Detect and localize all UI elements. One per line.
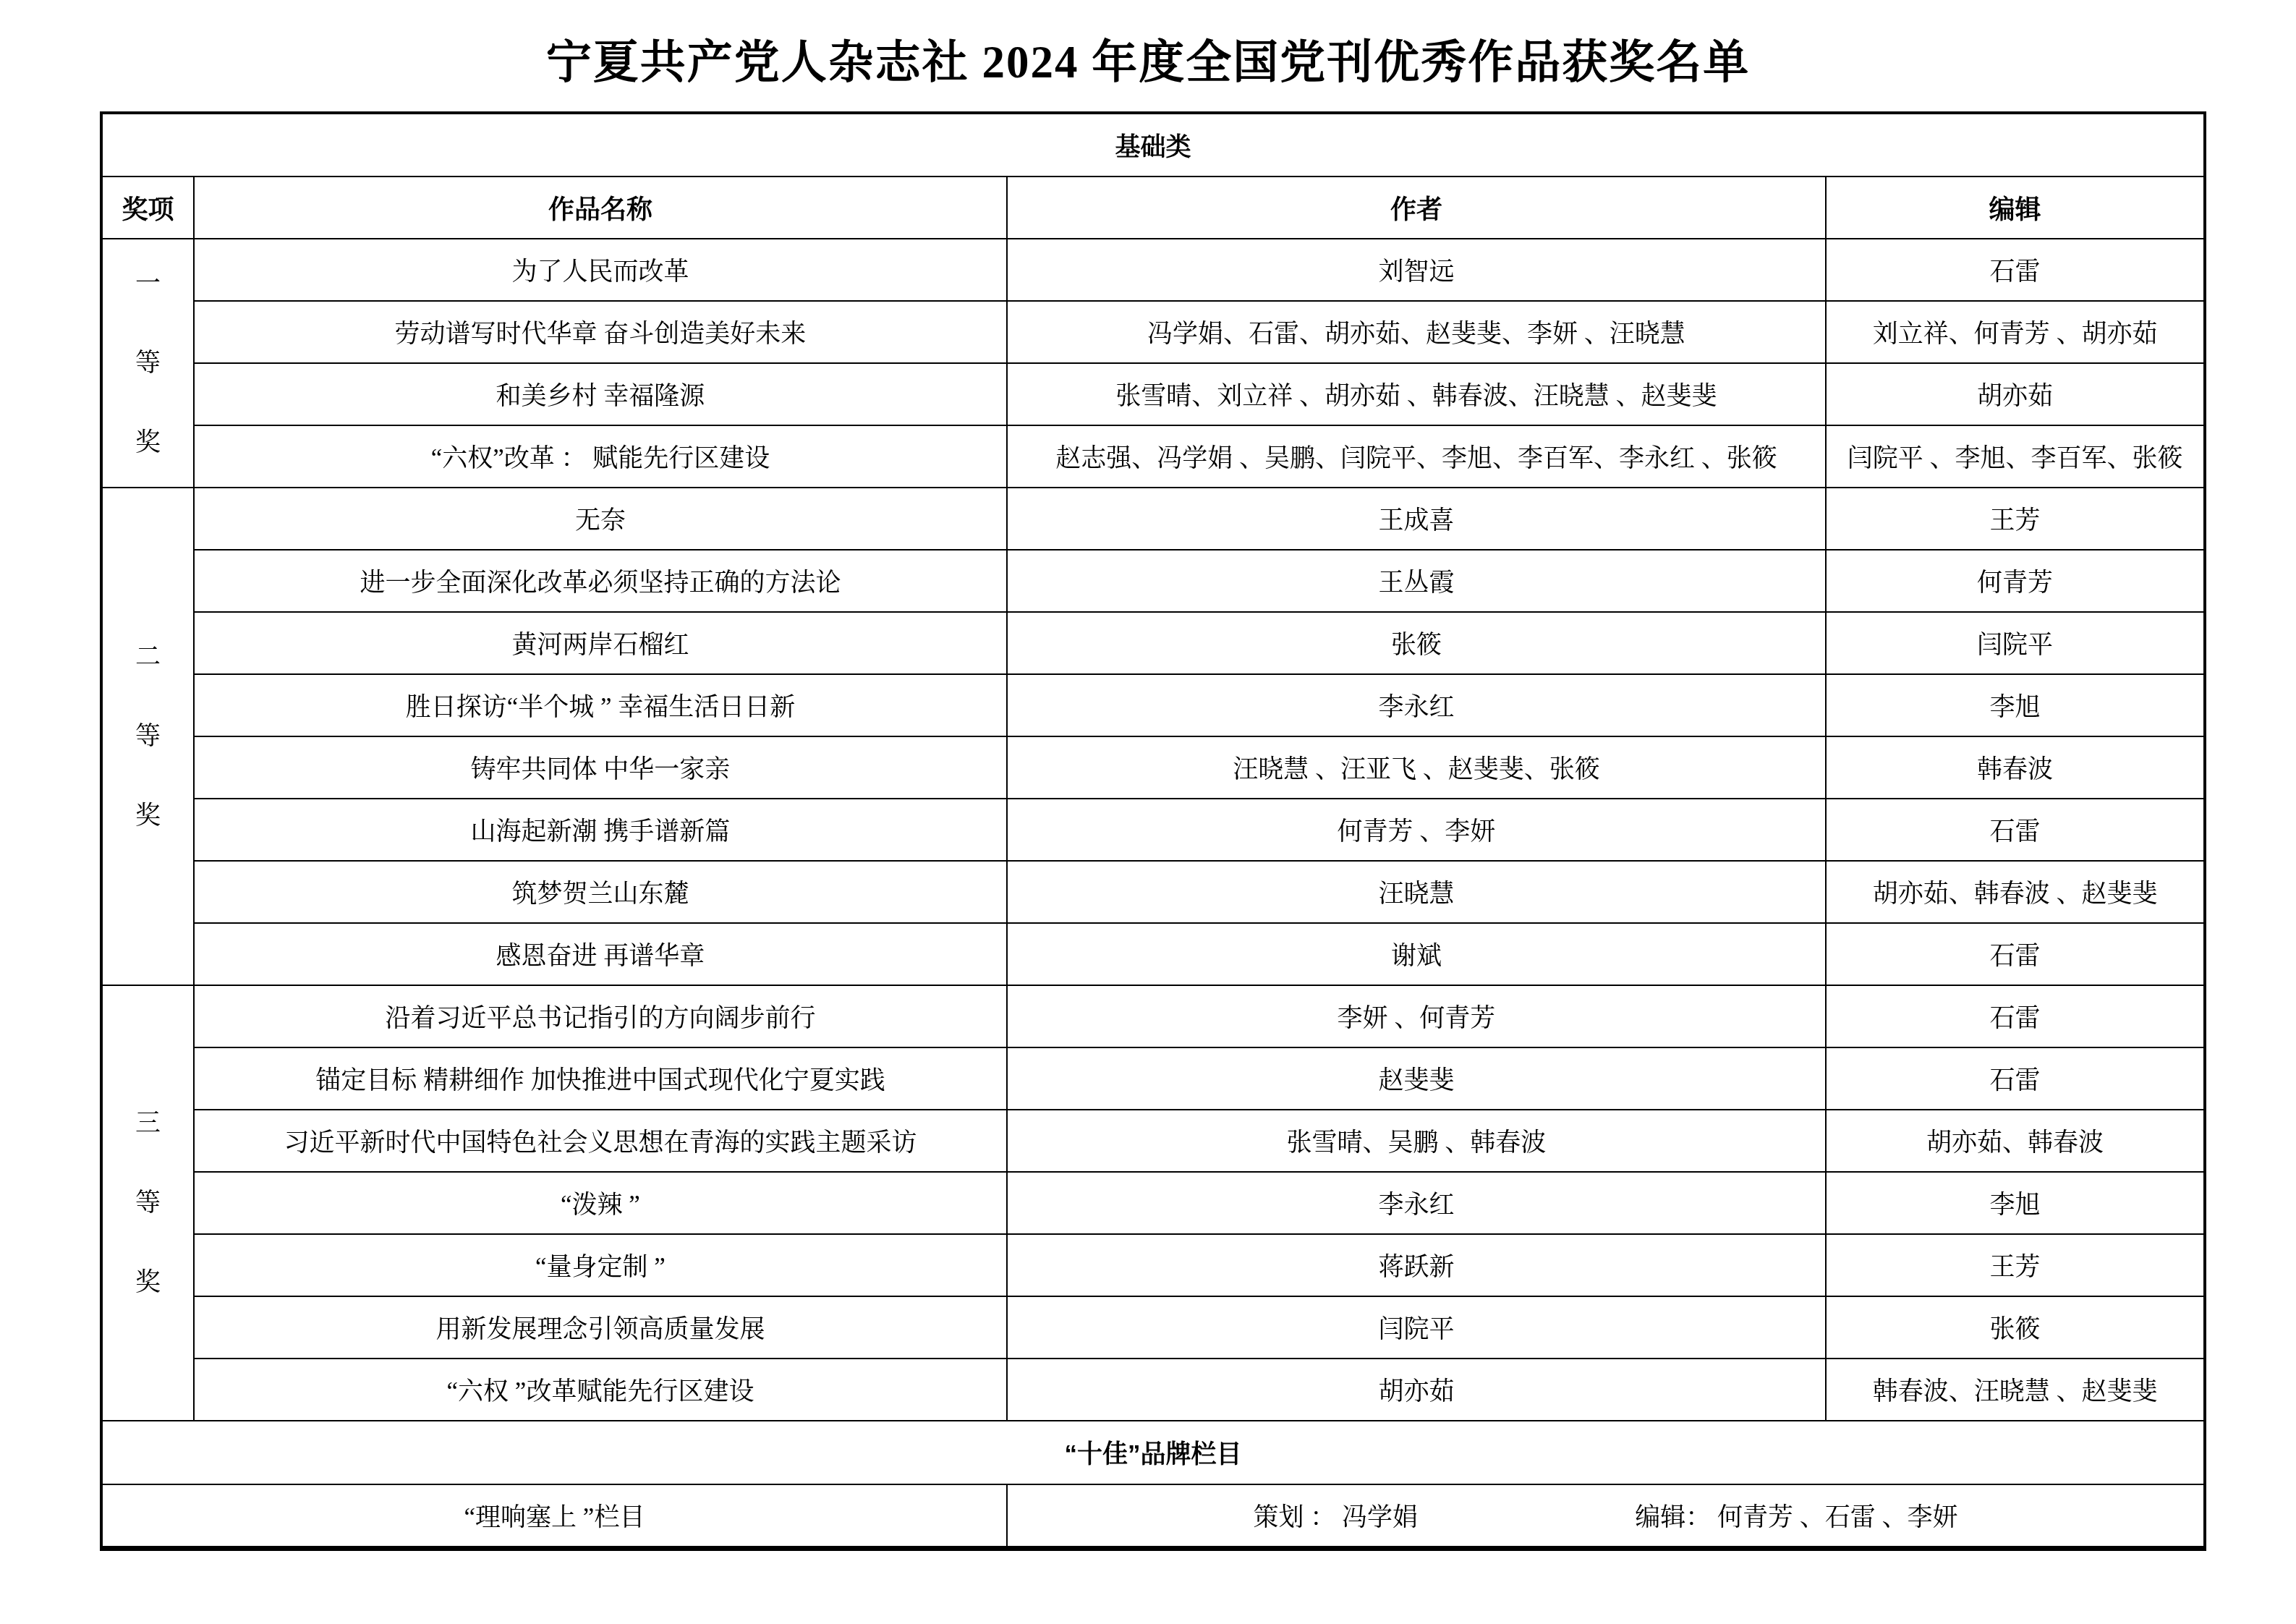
editors-cell: 闫院平 、李旭、李百军、张筱 (1826, 425, 2205, 488)
editors-cell: 何青芳 (1826, 550, 2205, 612)
editors-cell: 韩春波、汪晓慧 、赵斐斐 (1826, 1359, 2205, 1421)
authors-cell: 刘智远 (1007, 239, 1826, 301)
table-row: 用新发展理念引领高质量发展闫院平张筱 (101, 1296, 2205, 1359)
table-row: 山海起新潮 携手谱新篇何青芳 、李妍石雷 (101, 799, 2205, 861)
authors-cell: 李妍 、何青芳 (1007, 985, 1826, 1047)
brand-column-title: “理响塞上 ”栏目 (101, 1484, 1007, 1549)
table-row: 锚定目标 精耕细作 加快推进中国式现代化宁夏实践赵斐斐石雷 (101, 1047, 2205, 1110)
editors-cell: 张筱 (1826, 1296, 2205, 1359)
section-header: 基础类 (101, 113, 2205, 177)
editors-cell: 王芳 (1826, 1234, 2205, 1296)
work-title-cell: “泼辣 ” (194, 1172, 1007, 1234)
authors-cell: 胡亦茹 (1007, 1359, 1826, 1421)
document-page: { "title": "宁夏共产党人杂志社 2024 年度全国党刊优秀作品获奖名… (0, 0, 2296, 1624)
work-title-cell: “六权”改革 ： 赋能先行区建设 (194, 425, 1007, 488)
column-header-editor: 编辑 (1826, 177, 2205, 239)
editors-cell: 李旭 (1826, 674, 2205, 736)
authors-cell: 冯学娟、石雷、胡亦茹、赵斐斐、李妍 、汪晓慧 (1007, 301, 1826, 363)
authors-cell: 张雪晴、吴鹏 、韩春波 (1007, 1110, 1826, 1172)
editors-cell: 王芳 (1826, 488, 2205, 550)
authors-cell: 张筱 (1007, 612, 1826, 674)
authors-cell: 汪晓慧 、汪亚飞 、赵斐斐、张筱 (1007, 736, 1826, 799)
editors-cell: 闫院平 (1826, 612, 2205, 674)
authors-cell: 闫院平 (1007, 1296, 1826, 1359)
table-row: 感恩奋进 再谱华章谢斌石雷 (101, 923, 2205, 985)
table-row: 铸牢共同体 中华一家亲汪晓慧 、汪亚飞 、赵斐斐、张筱韩春波 (101, 736, 2205, 799)
table-row: 进一步全面深化改革必须坚持正确的方法论王丛霞何青芳 (101, 550, 2205, 612)
table-row: “六权”改革 ： 赋能先行区建设赵志强、冯学娟 、吴鹏、闫院平、李旭、李百军、李… (101, 425, 2205, 488)
credit-edit: 编辑： 何青芳 、石雷 、李妍 (1635, 1497, 1957, 1534)
award-table-body: 一等奖为了人民而改革刘智远石雷劳动谱写时代华章 奋斗创造美好未来冯学娟、石雷、胡… (101, 239, 2205, 1421)
authors-cell: 蒋跃新 (1007, 1234, 1826, 1296)
table-row: 筑梦贺兰山东麓汪晓慧胡亦茹、韩春波 、赵斐斐 (101, 861, 2205, 923)
page-title: 宁夏共产党人杂志社 2024 年度全国党刊优秀作品获奖名单 (0, 36, 2296, 88)
table-row: “泼辣 ”李永红李旭 (101, 1172, 2205, 1234)
editors-cell: 胡亦茹、韩春波 、赵斐斐 (1826, 861, 2205, 923)
editors-cell: 石雷 (1826, 799, 2205, 861)
editors-cell: 胡亦茹 (1826, 363, 2205, 425)
award-group-label: 二等奖 (101, 488, 194, 985)
column-header-row: 奖项 作品名称 作者 编辑 (101, 177, 2205, 239)
editors-cell: 石雷 (1826, 985, 2205, 1047)
work-title-cell: 无奈 (194, 488, 1007, 550)
authors-cell: 李永红 (1007, 1172, 1826, 1234)
editors-cell: 韩春波 (1826, 736, 2205, 799)
table-row: 一等奖为了人民而改革刘智远石雷 (101, 239, 2205, 301)
brand-section-header: “十佳”品牌栏目 (101, 1421, 2205, 1484)
editors-cell: 石雷 (1826, 239, 2205, 301)
table-row: 二等奖无奈王成喜王芳 (101, 488, 2205, 550)
authors-cell: 王成喜 (1007, 488, 1826, 550)
authors-cell: 张雪晴、刘立祥 、胡亦茹 、韩春波、汪晓慧 、赵斐斐 (1007, 363, 1826, 425)
work-title-cell: 习近平新时代中国特色社会义思想在青海的实践主题采访 (194, 1110, 1007, 1172)
credit-plan: 策划 ： 冯学娟 (1254, 1497, 1419, 1534)
editors-cell: 胡亦茹、韩春波 (1826, 1110, 2205, 1172)
work-title-cell: 沿着习近平总书记指引的方向阔步前行 (194, 985, 1007, 1047)
table-row: 三等奖沿着习近平总书记指引的方向阔步前行李妍 、何青芳石雷 (101, 985, 2205, 1047)
work-title-cell: 筑梦贺兰山东麓 (194, 861, 1007, 923)
authors-cell: 李永红 (1007, 674, 1826, 736)
work-title-cell: 胜日探访“半个城 ” 幸福生活日日新 (194, 674, 1007, 736)
table-row: 胜日探访“半个城 ” 幸福生活日日新李永红李旭 (101, 674, 2205, 736)
work-title-cell: 劳动谱写时代华章 奋斗创造美好未来 (194, 301, 1007, 363)
work-title-cell: “六权 ”改革赋能先行区建设 (194, 1359, 1007, 1421)
work-title-cell: 和美乡村 幸福隆源 (194, 363, 1007, 425)
authors-cell: 王丛霞 (1007, 550, 1826, 612)
column-header-author: 作者 (1007, 177, 1826, 239)
table-row: 和美乡村 幸福隆源张雪晴、刘立祥 、胡亦茹 、韩春波、汪晓慧 、赵斐斐胡亦茹 (101, 363, 2205, 425)
table-row: “六权 ”改革赋能先行区建设胡亦茹韩春波、汪晓慧 、赵斐斐 (101, 1359, 2205, 1421)
work-title-cell: “量身定制 ” (194, 1234, 1007, 1296)
authors-cell: 赵斐斐 (1007, 1047, 1826, 1110)
work-title-cell: 锚定目标 精耕细作 加快推进中国式现代化宁夏实践 (194, 1047, 1007, 1110)
editors-cell: 李旭 (1826, 1172, 2205, 1234)
authors-cell: 谢斌 (1007, 923, 1826, 985)
work-title-cell: 黄河两岸石榴红 (194, 612, 1007, 674)
table-row: 劳动谱写时代华章 奋斗创造美好未来冯学娟、石雷、胡亦茹、赵斐斐、李妍 、汪晓慧刘… (101, 301, 2205, 363)
work-title-cell: 山海起新潮 携手谱新篇 (194, 799, 1007, 861)
work-title-cell: 为了人民而改革 (194, 239, 1007, 301)
work-title-cell: 用新发展理念引领高质量发展 (194, 1296, 1007, 1359)
table-row: 黄河两岸石榴红张筱闫院平 (101, 612, 2205, 674)
editors-cell: 石雷 (1826, 1047, 2205, 1110)
brand-section-row: “十佳”品牌栏目 (101, 1421, 2205, 1484)
table-row: “量身定制 ”蒋跃新王芳 (101, 1234, 2205, 1296)
authors-cell: 汪晓慧 (1007, 861, 1826, 923)
brand-column-row: “理响塞上 ”栏目 策划 ： 冯学娟 编辑： 何青芳 、石雷 、李妍 (101, 1484, 2205, 1549)
authors-cell: 赵志强、冯学娟 、吴鹏、闫院平、李旭、李百军、李永红 、张筱 (1007, 425, 1826, 488)
awards-table: 基础类 奖项 作品名称 作者 编辑 一等奖为了人民而改革刘智远石雷劳动谱写时代华… (100, 111, 2206, 1551)
work-title-cell: 进一步全面深化改革必须坚持正确的方法论 (194, 550, 1007, 612)
column-header-award: 奖项 (101, 177, 194, 239)
editors-cell: 石雷 (1826, 923, 2205, 985)
brand-column-credits: 策划 ： 冯学娟 编辑： 何青芳 、石雷 、李妍 (1007, 1484, 2205, 1549)
award-group-label: 一等奖 (101, 239, 194, 488)
column-header-work: 作品名称 (194, 177, 1007, 239)
work-title-cell: 铸牢共同体 中华一家亲 (194, 736, 1007, 799)
editors-cell: 刘立祥、何青芳 、胡亦茹 (1826, 301, 2205, 363)
authors-cell: 何青芳 、李妍 (1007, 799, 1826, 861)
section-header-row: 基础类 (101, 113, 2205, 177)
award-group-label: 三等奖 (101, 985, 194, 1421)
table-row: 习近平新时代中国特色社会义思想在青海的实践主题采访张雪晴、吴鹏 、韩春波胡亦茹、… (101, 1110, 2205, 1172)
work-title-cell: 感恩奋进 再谱华章 (194, 923, 1007, 985)
